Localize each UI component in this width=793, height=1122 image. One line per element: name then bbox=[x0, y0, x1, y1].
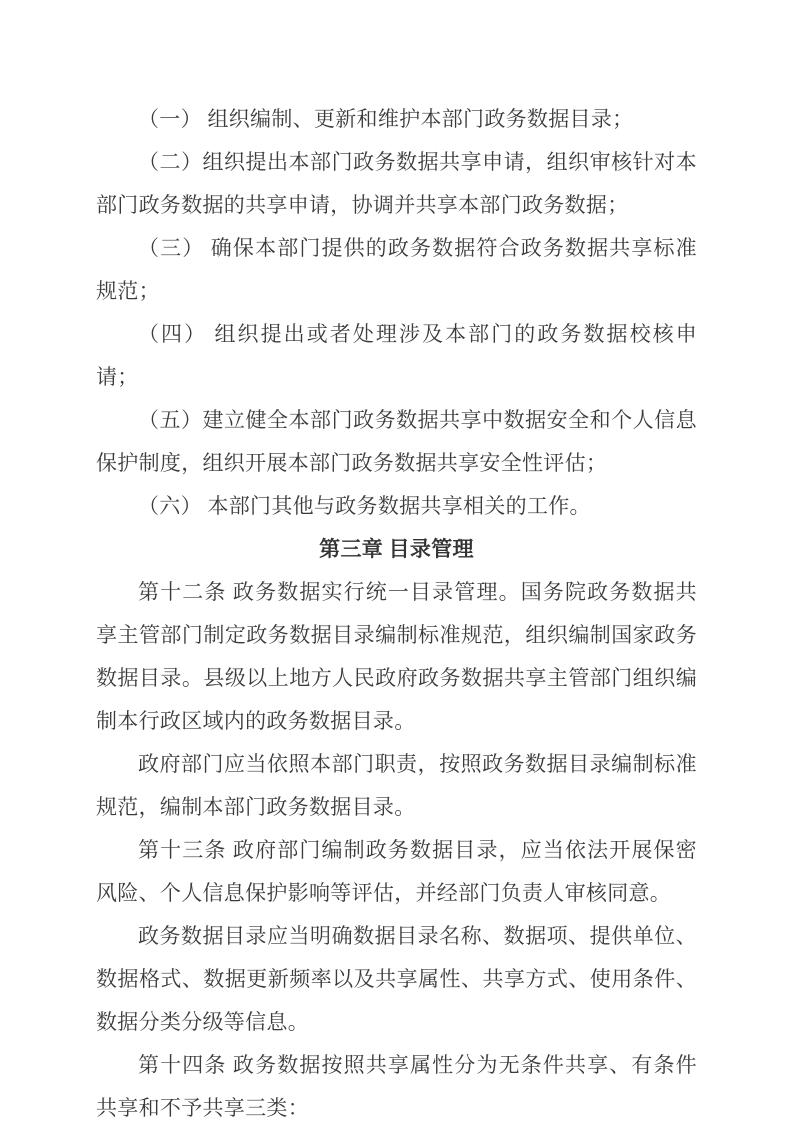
clause-item-3: （三） 确保本部门提供的政务数据符合政务数据共享标准规范； bbox=[96, 227, 697, 313]
clause-item-4: （四） 组织提出或者处理涉及本部门的政务数据校核申请； bbox=[96, 313, 697, 399]
clause-item-5: （五）建立健全本部门政务数据共享中数据安全和个人信息保护制度，组织开展本部门政务… bbox=[96, 399, 697, 485]
article-13-paragraph-2: 政务数据目录应当明确数据目录名称、数据项、提供单位、数据格式、数据更新频率以及共… bbox=[96, 915, 697, 1044]
article-12-paragraph-2: 政府部门应当依照本部门职责，按照政务数据目录编制标准规范，编制本部门政务数据目录… bbox=[96, 743, 697, 829]
document-page: （一） 组织编制、更新和维护本部门政务数据目录； （二）组织提出本部门政务数据共… bbox=[0, 0, 793, 1122]
chapter-heading: 第三章 目录管理 bbox=[96, 528, 697, 571]
document-body: （一） 组织编制、更新和维护本部门政务数据目录； （二）组织提出本部门政务数据共… bbox=[0, 0, 793, 1122]
article-14-paragraph: 第十四条 政务数据按照共享属性分为无条件共享、有条件共享和不予共享三类： bbox=[96, 1044, 697, 1122]
clause-item-1: （一） 组织编制、更新和维护本部门政务数据目录； bbox=[96, 98, 697, 141]
clause-item-2: （二）组织提出本部门政务数据共享申请，组织审核针对本部门政务数据的共享申请，协调… bbox=[96, 141, 697, 227]
article-12-paragraph: 第十二条 政务数据实行统一目录管理。国务院政务数据共享主管部门制定政务数据目录编… bbox=[96, 571, 697, 743]
article-13-paragraph: 第十三条 政府部门编制政务数据目录，应当依法开展保密风险、个人信息保护影响等评估… bbox=[96, 829, 697, 915]
clause-item-6: （六） 本部门其他与政务数据共享相关的工作。 bbox=[96, 485, 697, 528]
